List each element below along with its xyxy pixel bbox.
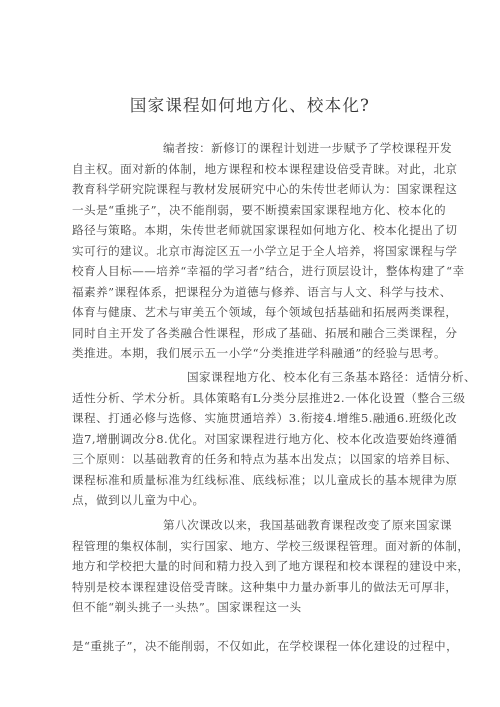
- text-line: 编者按：新修订的课程计划进一步赋予了学校课程开发: [163, 139, 428, 157]
- text-line: 课程、打通必修与选修、实施贯通培养）3.衔接4.增维5.融通6.班级化改: [72, 409, 428, 427]
- text-line: 类推进。本期，我们展示五一小学“分类推进学科融通”的经验与思考。: [72, 344, 428, 362]
- text-line: 三个原则：以基础教育的任务和特点为基本出发点；以国家的培养目标、: [72, 450, 428, 468]
- text-line: 适性分析、学术分析。具体策略有L分类分层推进2.一体化设置（整合三级: [72, 389, 428, 407]
- text-line: 程管理的集权体制，实行国家、地方、学校三级课程管理。面对新的体制，: [72, 537, 428, 555]
- text-line: 一头是“重挑子”，决不能削弱，要不断摸索国家课程地方化、校本化的: [72, 201, 428, 219]
- text-line: 实可行的建议。北京市海淀区五一小学立足于全人培养，将国家课程与学: [72, 242, 428, 260]
- text-line: 国家课程地方化、校本化有三条基本路径：适情分析、: [187, 368, 428, 386]
- text-line: 特别是校本课程建设倍受青睐。这种集中力量办新事儿的做法无可厚非，: [72, 578, 428, 596]
- text-line: 教育科学研究院课程与教材发展研究中心的朱传世老师认为：国家课程这: [72, 180, 428, 198]
- text-line: 自主权。面对新的体制，地方课程和校本课程建设倍受青睐。对此，北京: [72, 160, 428, 178]
- text-line: 课程标准和质量标准为红线标准、底线标准；以儿童成长的基本规律为原: [72, 471, 428, 489]
- document-title: 国家课程如何地方化、校本化?: [0, 92, 500, 116]
- text-line: 体育与健康、艺术与审美五个领域，每个领域包括基础和拓展两类课程，: [72, 303, 428, 321]
- text-line: 造7,增删调改分8.优化。对国家课程进行地方化、校本化改造要始终遵循: [72, 430, 428, 448]
- text-line: 校育人目标——培养“幸福的学习者”结合，进行顶层设计，整体构建了“幸: [72, 262, 428, 280]
- text-line: 第八次课改以来，我国基础教育课程改变了原来国家课: [163, 516, 428, 534]
- text-line: 福素养”课程体系，把课程分为道德与修养、语言与人文、科学与技术、: [72, 283, 428, 301]
- text-line: 地方和学校把大量的时间和精力投入到了地方课程和校本课程的建设中来，: [72, 557, 428, 575]
- text-line: 路径与策略。本期，朱传世老师就国家课程如何地方化、校本化提出了切: [72, 221, 428, 239]
- text-line: 点，做到以儿童为中心。: [72, 491, 428, 509]
- text-line: 但不能“剃头挑子一头热”。国家课程这一头: [72, 598, 428, 616]
- text-line: 同时自主开发了各类融合性课程，形成了基础、拓展和融合三类课程，分: [72, 324, 428, 342]
- text-line: 是“重挑子”，决不能削弱，不仅如此，在学校课程一体化建设的过程中，: [72, 637, 428, 655]
